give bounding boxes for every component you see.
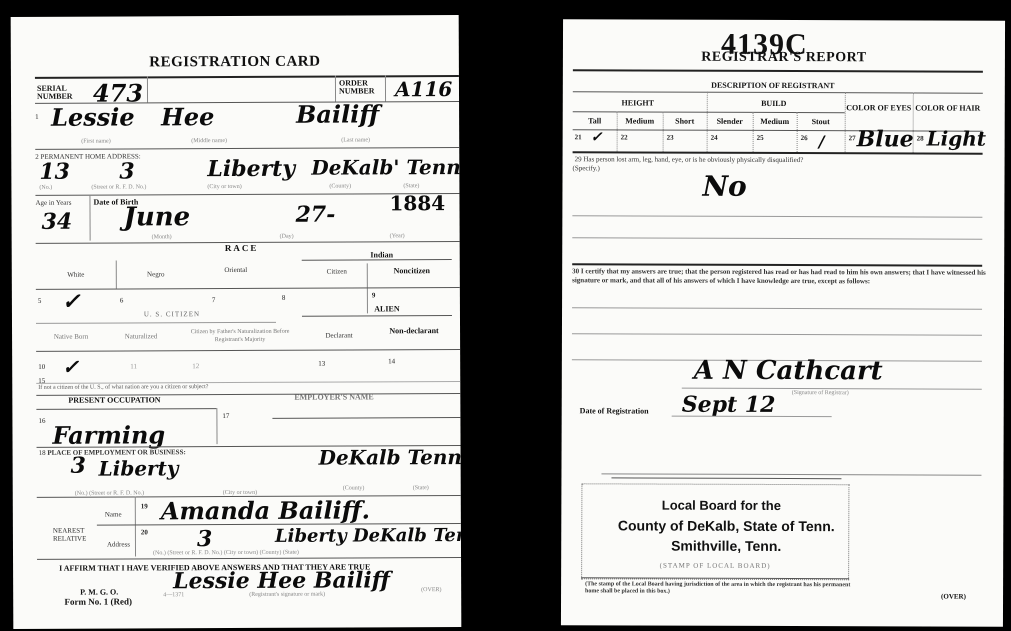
age-value: 34 bbox=[42, 209, 73, 235]
address-number: 13 bbox=[39, 159, 70, 185]
stamp-note: (The stamp of the Local Board having jur… bbox=[585, 581, 857, 596]
first-name: Lessie bbox=[51, 102, 135, 131]
eye-color-value: Blue bbox=[857, 126, 914, 152]
q29-text: 29 Has person lost arm, leg, hand, eye, … bbox=[575, 155, 985, 164]
nearest-relative-label: NEAREST RELATIVE bbox=[53, 527, 97, 543]
race-white-check: ✓ bbox=[62, 289, 81, 315]
birth-day: 27- bbox=[295, 202, 335, 228]
height-tall-check: ✓ bbox=[591, 129, 603, 145]
address-rfd: 3 bbox=[119, 158, 134, 184]
order-number-value: A116 bbox=[395, 77, 452, 101]
build-stout-mark: / bbox=[819, 132, 825, 151]
native-born-check: ✓ bbox=[62, 355, 79, 379]
birth-year: 1884 bbox=[389, 191, 445, 215]
employment-rfd: 3 bbox=[71, 453, 86, 479]
date-of-registration-value: Sept 12 bbox=[682, 392, 776, 418]
relative-address-rfd: 3 bbox=[197, 526, 212, 552]
race-heading: RACE bbox=[202, 244, 282, 252]
order-number-label: ORDER NUMBER bbox=[339, 79, 379, 95]
employment-county-state: DeKalb Tenn bbox=[319, 445, 462, 470]
address-county-state: DeKalb' Tenn bbox=[311, 155, 461, 180]
registrar-signature: A N Cathcart bbox=[694, 356, 883, 387]
q30-certify-text: 30 I certify that my answers are true; t… bbox=[572, 267, 988, 285]
hair-color-value: Light bbox=[927, 127, 987, 151]
card-title: REGISTRATION CARD bbox=[11, 53, 459, 72]
form-number: Form No. 1 (Red) bbox=[43, 597, 153, 605]
serial-number-label: SERIAL NUMBER bbox=[37, 85, 77, 101]
stamp-number: 4139C bbox=[721, 28, 808, 62]
date-of-registration-label: Date of Registration bbox=[580, 407, 649, 415]
registration-card: REGISTRATION CARD SERIAL NUMBER 473 ORDE… bbox=[11, 15, 462, 629]
relative-name: Amanda Bailiff. bbox=[161, 495, 370, 525]
occupation-label: PRESENT OCCUPATION bbox=[68, 396, 160, 404]
middle-name: Hee bbox=[161, 102, 214, 131]
q29-answer: No bbox=[702, 170, 746, 203]
registrar-report-card: 4139C REGISTRAR'S REPORT DESCRIPTION OF … bbox=[561, 19, 1005, 627]
employment-city: Liberty bbox=[99, 456, 179, 480]
employer-label: EMPLOYER'S NAME bbox=[294, 393, 373, 401]
last-name: Bailiff bbox=[296, 99, 379, 128]
address-city: Liberty bbox=[207, 156, 295, 182]
occupation-value: Farming bbox=[52, 420, 165, 449]
birth-month: June bbox=[123, 202, 190, 232]
registrant-signature: Lessie Hee Bailiff bbox=[173, 567, 390, 594]
relative-address: Liberty DeKalb Tenn bbox=[275, 525, 461, 547]
